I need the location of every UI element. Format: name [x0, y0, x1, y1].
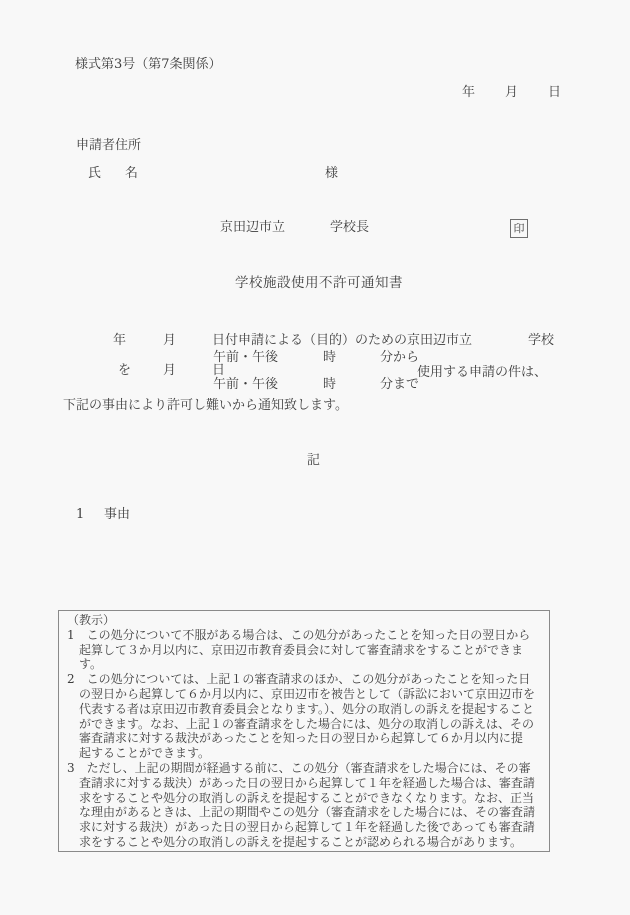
body-hour-to-label: 時	[323, 378, 336, 391]
body-use-request-text: 使用する申請の件は、	[417, 366, 547, 379]
body-minute-from-label: 分から	[380, 351, 419, 364]
kyoji-line: 代表する者は京田辺市教育委員会となります。）、処分の取消しの訴えを提起すること	[67, 702, 545, 717]
kyoji-line: な理由があるときは、上記の期間やこの処分（審査請求をした場合には、その審査請	[67, 805, 545, 820]
reason-label: 事由	[104, 508, 130, 521]
body-month-label: 月	[163, 334, 176, 347]
seal-stamp: 印	[510, 219, 528, 238]
applicant-address-label: 申請者住所	[76, 139, 141, 152]
document-title: 学校施設使用不許可通知書	[235, 277, 403, 291]
body-ampm-to-label: 午前・午後	[213, 378, 278, 391]
date-year-label: 年	[462, 86, 475, 99]
kyoji-line: 査請求に対する裁決）があった日の翌日から起算して１年を経過した場合は、審査請	[67, 776, 545, 791]
kyoji-line: の翌日から起算して６か月以内に、京田辺市を被告として（訴訟において京田辺市を	[67, 687, 545, 702]
ki-heading: 記	[307, 454, 320, 467]
kyoji-line: 求をすることや処分の取消しの訴えを提起することが認められる場合があります。	[67, 835, 545, 850]
kyoji-line: ができます。なお、上記１の審査請求をした場合には、処分の取消しの訴えは、その	[67, 717, 545, 732]
body-minute-to-label: 分まで	[380, 378, 419, 391]
kyoji-line: 起算して３か月以内に、京田辺市教育委員会に対して審査請求をすることができま	[67, 643, 545, 658]
date-month-label: 月	[505, 86, 518, 99]
kyoji-line: 求に対する裁決）があった日の翌日から起算して１年を経過した後であっても審査請	[67, 820, 545, 835]
kyoji-notice-box: （教示） 1 この処分について不服がある場合は、この処分があったことを知った日の…	[58, 610, 550, 852]
body-closing-text: 下記の事由により許可し難いから通知致します。	[63, 399, 348, 412]
body-application-text: 日付申請による（目的）のための京田辺市立	[212, 334, 472, 347]
document-page: 様式第3号（第7条関係） 年 月 日 申請者住所 氏 名 様 京田辺市立 学校長…	[0, 0, 630, 915]
school-prefix-label: 京田辺市立	[220, 221, 285, 234]
kyoji-line: 起することができます。	[67, 746, 545, 761]
kyoji-line: 3 ただし、上記の期間が経過する前に、この処分（審査請求をした場合には、その審	[67, 761, 545, 776]
kyoji-line: 審査請求に対する裁決があったことを知った日の翌日から起算して６か月以内に提	[67, 731, 545, 746]
principal-label: 学校長	[330, 221, 369, 234]
body-month2-label: 月	[163, 364, 176, 377]
form-number: 様式第3号（第7条関係）	[75, 58, 222, 71]
body-wo-particle: を	[118, 364, 131, 377]
body-day2-label: 日	[212, 364, 225, 377]
reason-number: 1	[76, 508, 84, 521]
name-mei-label: 名	[125, 167, 138, 180]
kyoji-line: 2 この処分については、上記１の審査請求のほか、この処分があったことを知った日	[67, 672, 545, 687]
date-day-label: 日	[548, 86, 561, 99]
kyoji-heading: （教示）	[67, 613, 545, 628]
kyoji-line: 1 この処分について不服がある場合は、この処分があったことを知った日の翌日から	[67, 628, 545, 643]
name-sei-label: 氏	[88, 167, 101, 180]
body-hour-from-label: 時	[323, 351, 336, 364]
honorific-label: 様	[325, 167, 338, 180]
body-year-label: 年	[113, 334, 126, 347]
body-school-suffix: 学校	[528, 334, 554, 347]
kyoji-line: 求をすることや処分の取消しの訴えを提起することができなくなります。なお、正当	[67, 791, 545, 806]
kyoji-line: す。	[67, 657, 545, 672]
